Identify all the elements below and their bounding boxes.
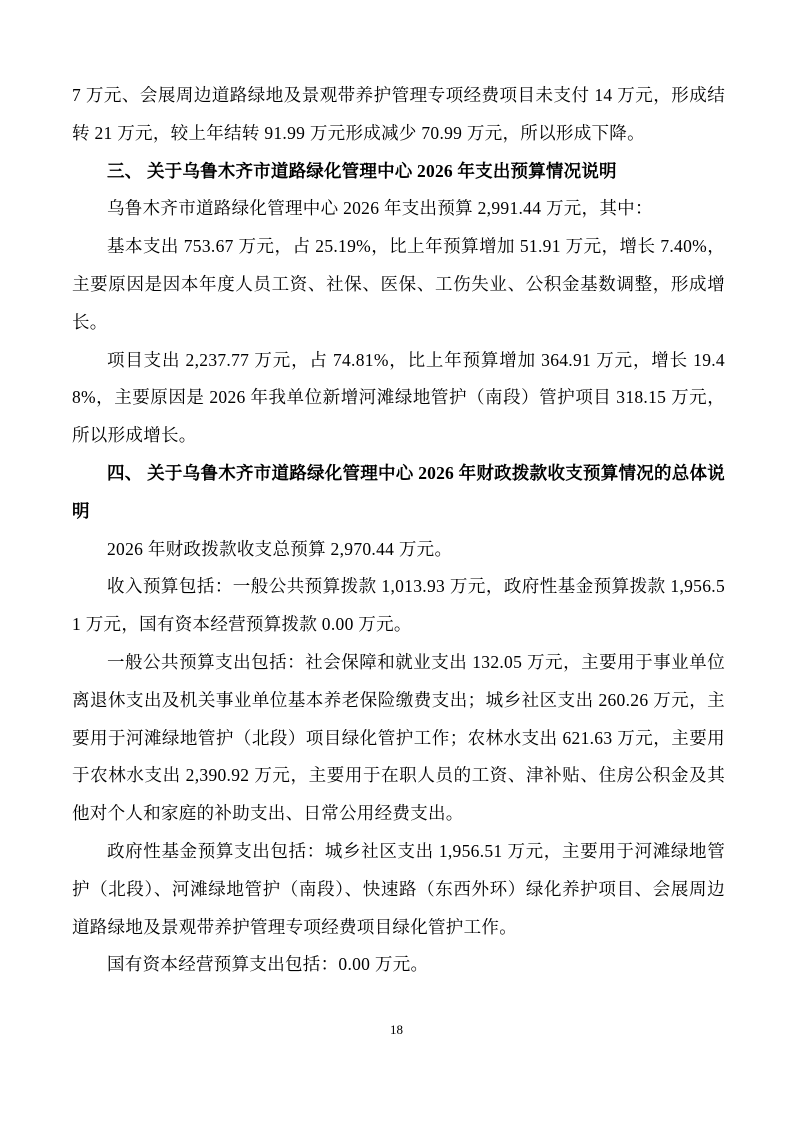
government-fund-budget-expenditure-paragraph: 政府性基金预算支出包括：城乡社区支出 1,956.51 万元，主要用于河滩绿地管… [72,833,725,946]
document-page: 7 万元、会展周边道路绿地及景观带养护管理专项经费项目未支付 14 万元，形成结… [0,0,793,1122]
fiscal-appropriation-total-paragraph: 2026 年财政拨款收支总预算 2,970.44 万元。 [72,531,725,569]
general-public-budget-expenditure-paragraph: 一般公共预算支出包括：社会保障和就业支出 132.05 万元，主要用于事业单位离… [72,644,725,833]
revenue-budget-paragraph: 收入预算包括：一般公共预算拨款 1,013.93 万元，政府性基金预算拨款 1,… [72,568,725,644]
basic-expenditure-paragraph: 基本支出 753.67 万元，占 25.19%，比上年预算增加 51.91 万元… [72,228,725,341]
project-expenditure-paragraph: 项目支出 2,237.77 万元，占 74.81%，比上年预算增加 364.91… [72,342,725,455]
continued-paragraph-carryover: 7 万元、会展周边道路绿地及景观带养护管理专项经费项目未支付 14 万元，形成结… [72,77,725,153]
expenditure-total-paragraph: 乌鲁木齐市道路绿化管理中心 2026 年支出预算 2,991.44 万元，其中： [72,190,725,228]
state-capital-budget-expenditure-paragraph: 国有资本经营预算支出包括：0.00 万元。 [72,946,725,984]
section-4-heading: 四、 关于乌鲁木齐市道路绿化管理中心 2026 年财政拨款收支预算情况的总体说明 [72,455,725,531]
document-body: 7 万元、会展周边道路绿地及景观带养护管理专项经费项目未支付 14 万元，形成结… [72,77,725,984]
page-number: 18 [0,1022,793,1038]
section-3-heading: 三、 关于乌鲁木齐市道路绿化管理中心 2026 年支出预算情况说明 [72,153,725,191]
